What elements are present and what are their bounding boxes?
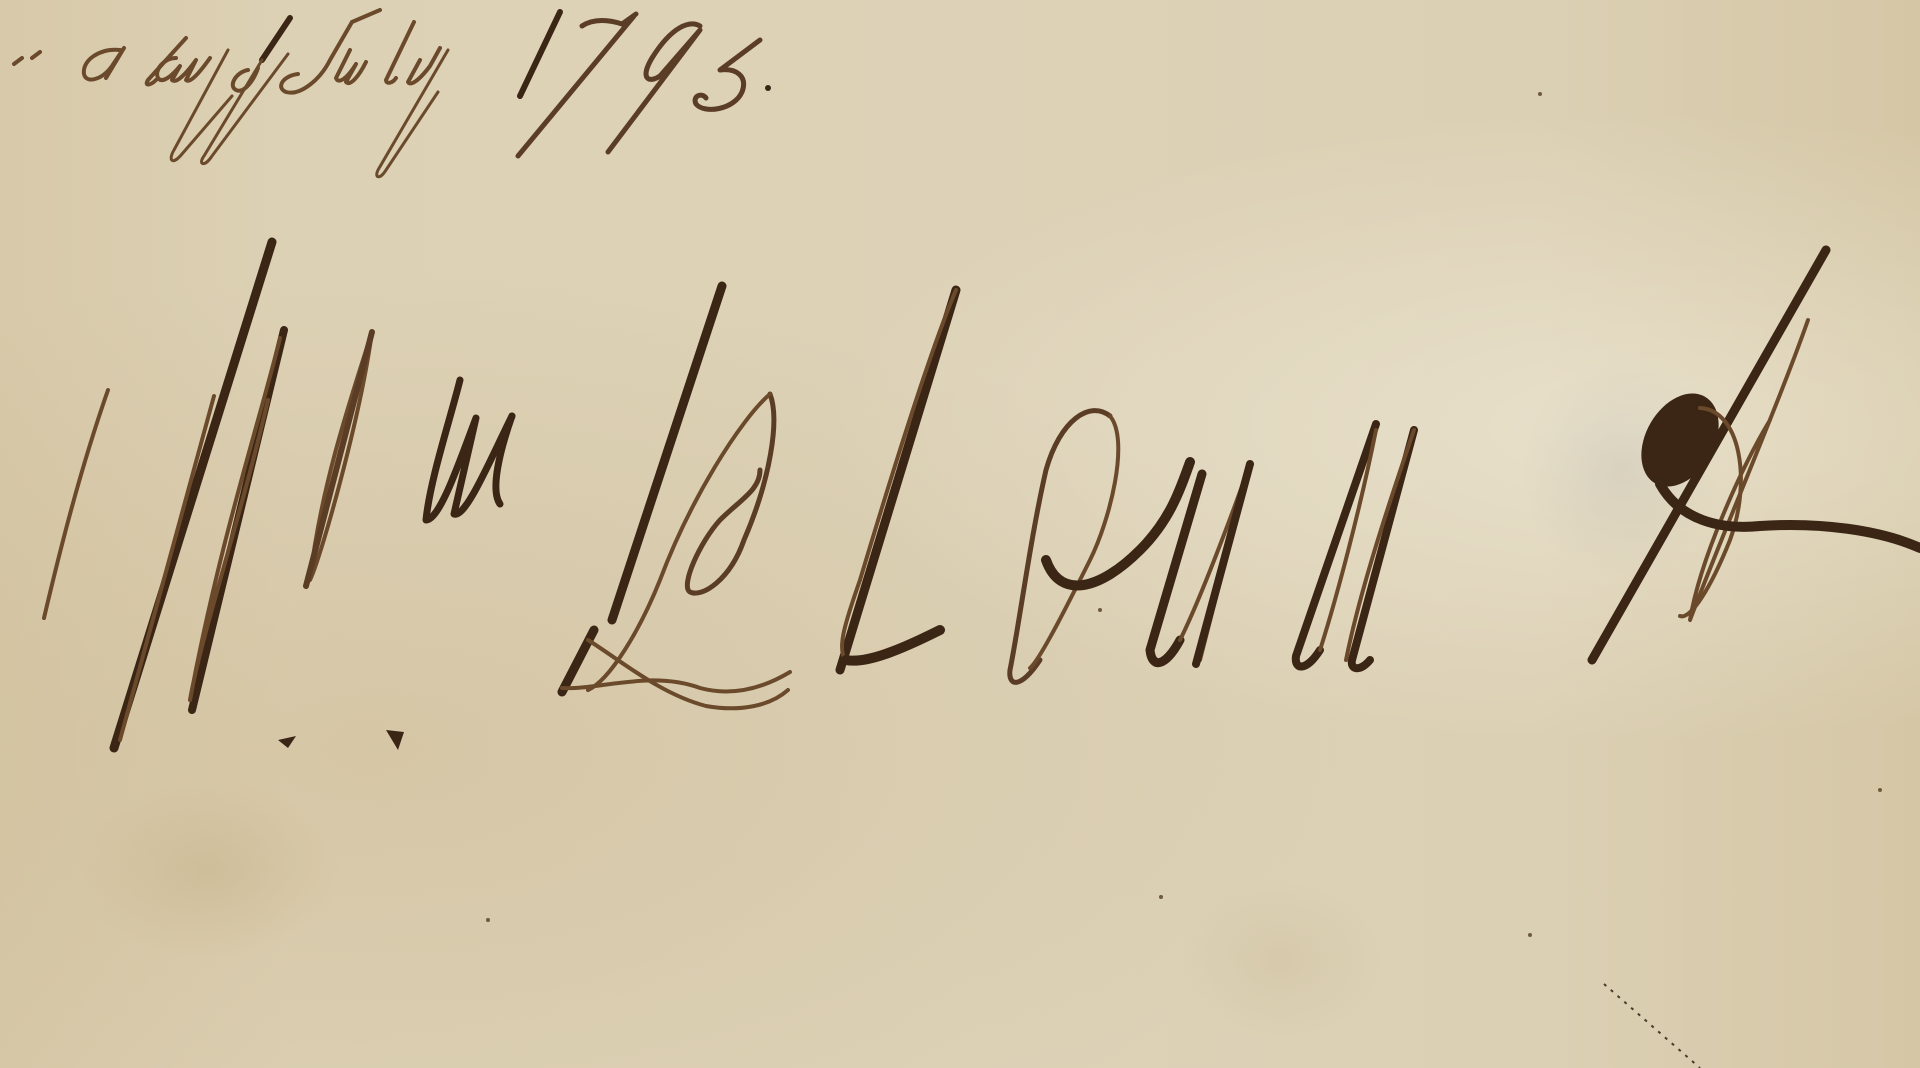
document-page: day of July 1795. Wm B [0,0,1920,1068]
paper-stain [80,780,340,960]
paper-stain [1180,880,1380,1040]
signature: Wm Blount [0,220,1920,780]
date-line-handwriting [0,0,1100,200]
date-line: day of July 1795. [0,0,1100,200]
signature-handwriting [0,220,1920,780]
